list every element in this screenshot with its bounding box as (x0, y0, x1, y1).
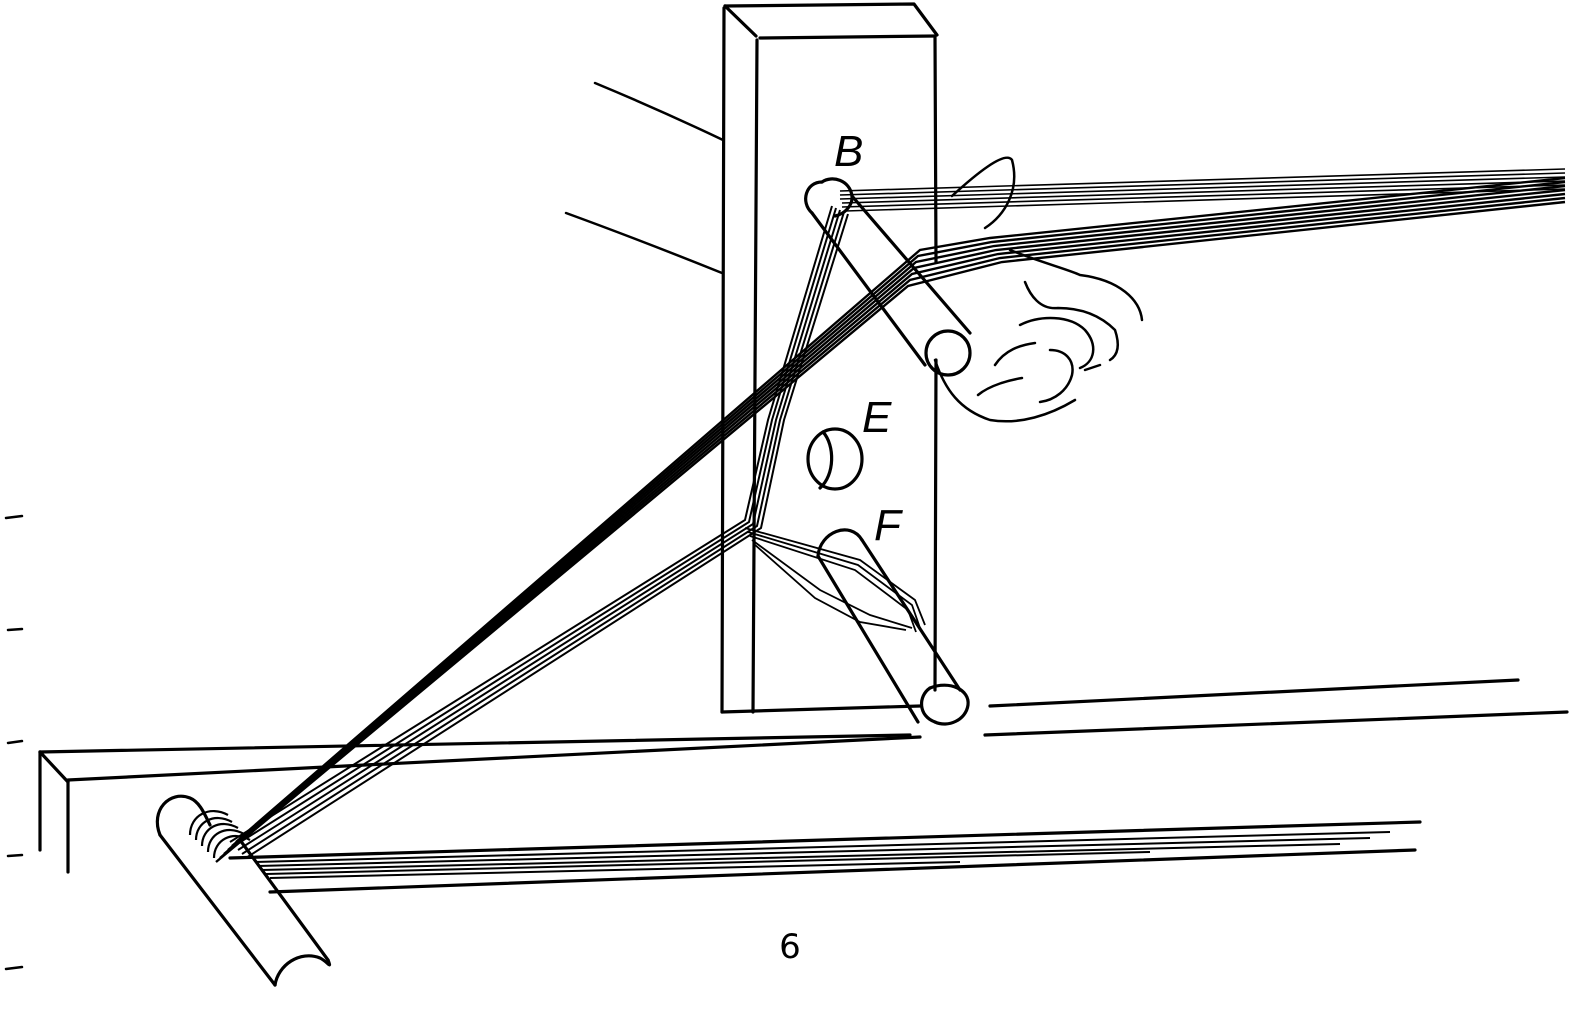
label-rod-b: B (834, 127, 863, 176)
guide-lines (566, 83, 723, 273)
figure-number: 6 (779, 927, 801, 967)
figure-6-drawing: B E F 6 (0, 0, 1590, 1021)
label-rod-f: F (874, 501, 903, 550)
label-rod-e: E (862, 393, 892, 442)
margin-ticks (6, 516, 22, 969)
rod-e (808, 429, 862, 489)
